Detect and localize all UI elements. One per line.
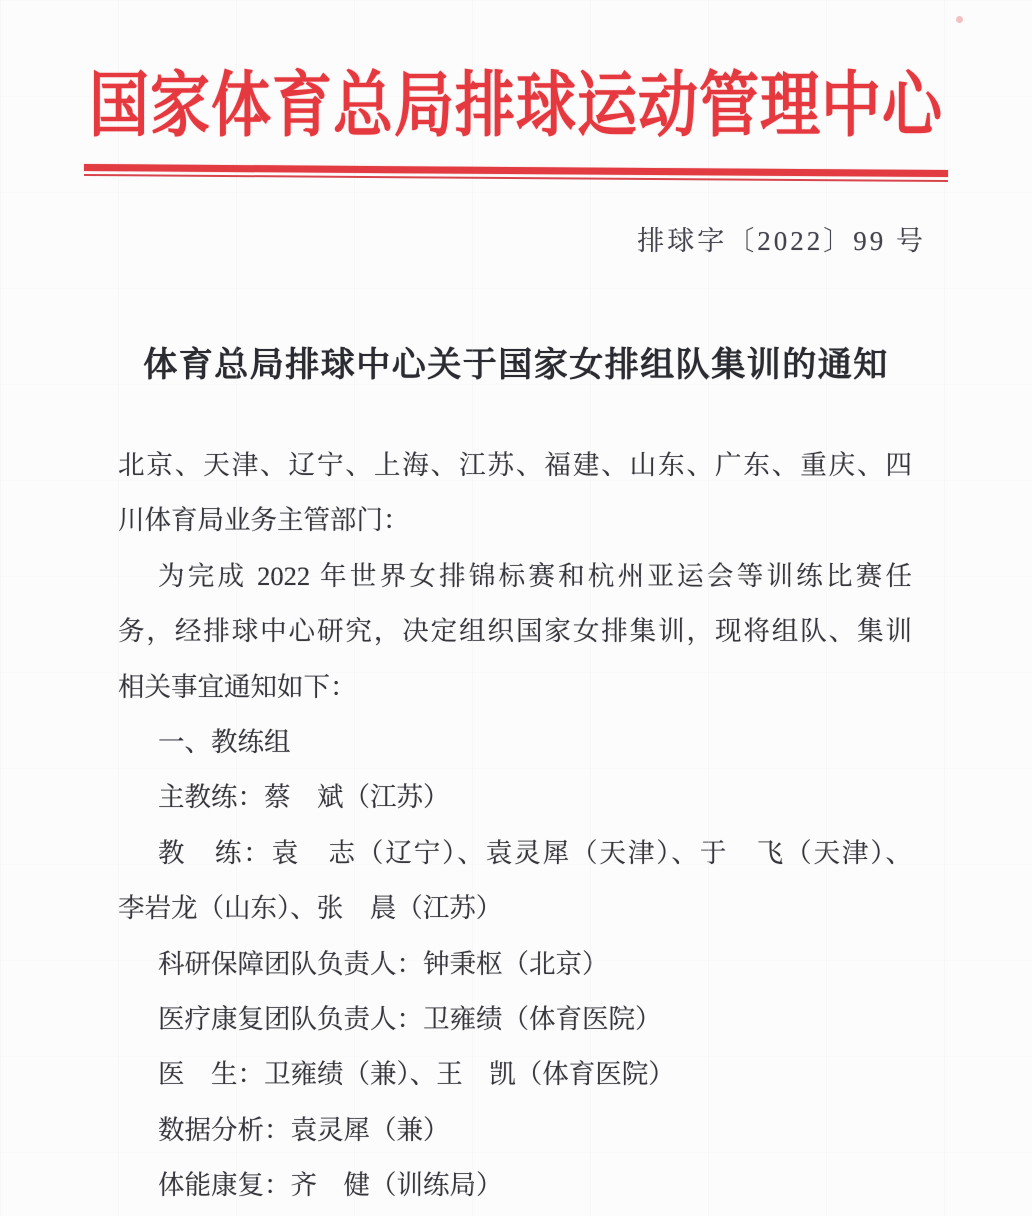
body-line: 教 练：袁 志（辽宁）、袁灵犀（天津）、于 飞（天津）、 xyxy=(118,826,912,881)
document-body: 北京、天津、辽宁、上海、江苏、福建、山东、广东、重庆、四川体育局业务主管部门：为… xyxy=(118,438,912,1214)
header-divider xyxy=(84,164,948,182)
body-line: 北京、天津、辽宁、上海、江苏、福建、山东、广东、重庆、四 xyxy=(118,438,912,493)
body-line: 川体育局业务主管部门： xyxy=(118,493,912,548)
scan-speck xyxy=(956,16,963,23)
body-line: 体能康复：齐 健（训练局） xyxy=(118,1158,912,1213)
doc-number: 排球字〔2022〕99 号 xyxy=(0,222,1032,260)
body-line: 务，经排球中心研究，决定组织国家女排集训，现将组队、集训 xyxy=(118,604,912,659)
document-page: 国家体育总局排球运动管理中心 排球字〔2022〕99 号 体育总局排球中心关于国… xyxy=(0,0,1032,1216)
body-line: 一、教练组 xyxy=(118,715,912,770)
body-line: 为完成 2022 年世界女排锦标赛和杭州亚运会等训练比赛任 xyxy=(118,549,912,604)
body-line: 相关事宜通知如下： xyxy=(118,660,912,715)
document-title: 体育总局排球中心关于国家女排组队集训的通知 xyxy=(0,344,1032,388)
header-org-name: 国家体育总局排球运动管理中心 xyxy=(0,0,1032,160)
body-line: 科研保障团队负责人：钟秉枢（北京） xyxy=(118,937,912,992)
body-line: 李岩龙（山东）、张 晨（江苏） xyxy=(118,881,912,936)
body-line: 数据分析：袁灵犀（兼） xyxy=(118,1103,912,1158)
body-line: 主教练：蔡 斌（江苏） xyxy=(118,770,912,825)
body-line: 医疗康复团队负责人：卫雍绩（体育医院） xyxy=(118,992,912,1047)
body-line: 医 生：卫雍绩（兼）、王 凯（体育医院） xyxy=(118,1047,912,1102)
